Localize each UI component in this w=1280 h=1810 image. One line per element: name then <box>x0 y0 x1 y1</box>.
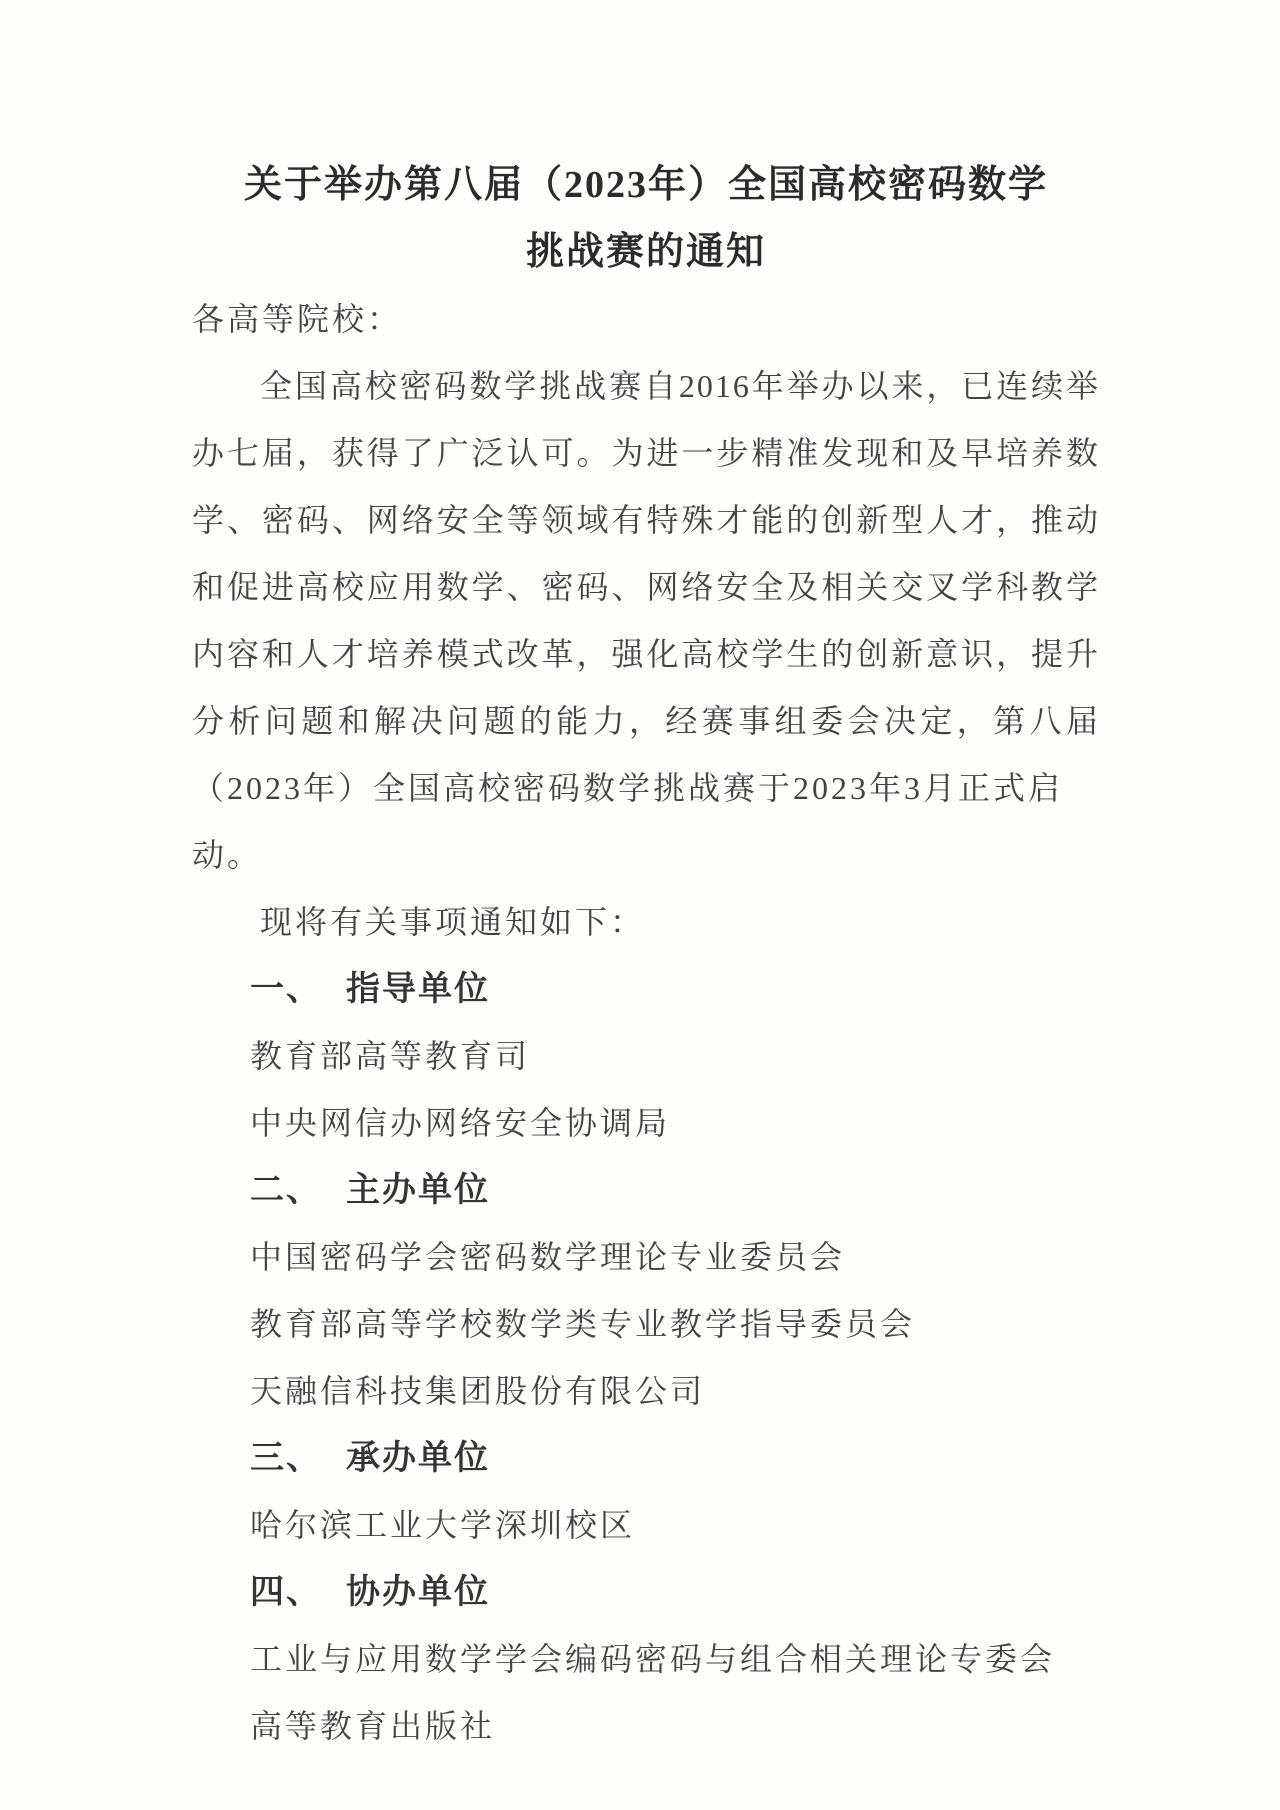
section-number: 四、 <box>250 1573 322 1611</box>
intro-line: 内容和人才培养模式改革，强化高校学生的创新意识，提升 <box>192 621 1100 688</box>
section-co-organizer-units: 四、协办单位 工业与应用数学学会编码密码与组合相关理论专委会 高等教育出版社 <box>250 1559 1100 1760</box>
intro-line: 学、密码、网络安全等领域有特殊才能的创新型人才，推动 <box>192 487 1100 554</box>
section-item: 工业与应用数学学会编码密码与组合相关理论专委会 <box>250 1626 1100 1693</box>
intro-paragraph: 全国高校密码数学挑战赛自2016年举办以来，已连续举 办七届，获得了广泛认可。为… <box>192 353 1100 889</box>
section-heading: 四、协办单位 <box>250 1559 1100 1626</box>
section-item: 教育部高等学校数学类专业教学指导委员会 <box>250 1291 1100 1358</box>
section-heading: 三、承办单位 <box>250 1425 1100 1492</box>
section-guidance-units: 一、指导单位 教育部高等教育司 中央网信办网络安全协调局 <box>250 956 1100 1157</box>
title-line-2: 挑战赛的通知 <box>192 219 1100 286</box>
section-number: 三、 <box>250 1439 322 1477</box>
lead-in-line: 现将有关事项通知如下： <box>192 889 1100 956</box>
section-item: 哈尔滨工业大学深圳校区 <box>250 1492 1100 1559</box>
section-item: 中国密码学会密码数学理论专业委员会 <box>250 1224 1100 1291</box>
intro-line: 办七届，获得了广泛认可。为进一步精准发现和及早培养数 <box>192 420 1100 487</box>
intro-line: 分析问题和解决问题的能力，经赛事组委会决定，第八届 <box>192 688 1100 755</box>
section-item: 中央网信办网络安全协调局 <box>250 1090 1100 1157</box>
section-heading: 二、主办单位 <box>250 1157 1100 1224</box>
section-number: 二、 <box>250 1171 322 1209</box>
document-content: 关于举办第八届（2023年）全国高校密码数学 挑战赛的通知 各高等院校： 全国高… <box>192 152 1100 1760</box>
section-organizer-units: 三、承办单位 哈尔滨工业大学深圳校区 <box>250 1425 1100 1559</box>
document-title: 关于举办第八届（2023年）全国高校密码数学 挑战赛的通知 <box>192 152 1100 286</box>
intro-line: 和促进高校应用数学、密码、网络安全及相关交叉学科教学 <box>192 554 1100 621</box>
section-item: 高等教育出版社 <box>250 1693 1100 1760</box>
title-line-1: 关于举办第八届（2023年）全国高校密码数学 <box>192 152 1100 219</box>
section-host-units: 二、主办单位 中国密码学会密码数学理论专业委员会 教育部高等学校数学类专业教学指… <box>250 1157 1100 1425</box>
document-page: 关于举办第八届（2023年）全国高校密码数学 挑战赛的通知 各高等院校： 全国高… <box>0 0 1280 1810</box>
salutation: 各高等院校： <box>192 286 1100 353</box>
section-title: 承办单位 <box>346 1439 490 1477</box>
sections-list: 一、指导单位 教育部高等教育司 中央网信办网络安全协调局 二、主办单位 中国密码… <box>250 956 1100 1760</box>
section-title: 主办单位 <box>346 1171 490 1209</box>
section-heading: 一、指导单位 <box>250 956 1100 1023</box>
intro-line: 全国高校密码数学挑战赛自2016年举办以来，已连续举 <box>192 353 1100 420</box>
section-item: 教育部高等教育司 <box>250 1023 1100 1090</box>
section-item: 天融信科技集团股份有限公司 <box>250 1358 1100 1425</box>
section-title: 协办单位 <box>346 1573 490 1611</box>
section-number: 一、 <box>250 970 322 1008</box>
intro-line: （2023年）全国高校密码数学挑战赛于2023年3月正式启动。 <box>192 755 1100 889</box>
section-title: 指导单位 <box>346 970 490 1008</box>
